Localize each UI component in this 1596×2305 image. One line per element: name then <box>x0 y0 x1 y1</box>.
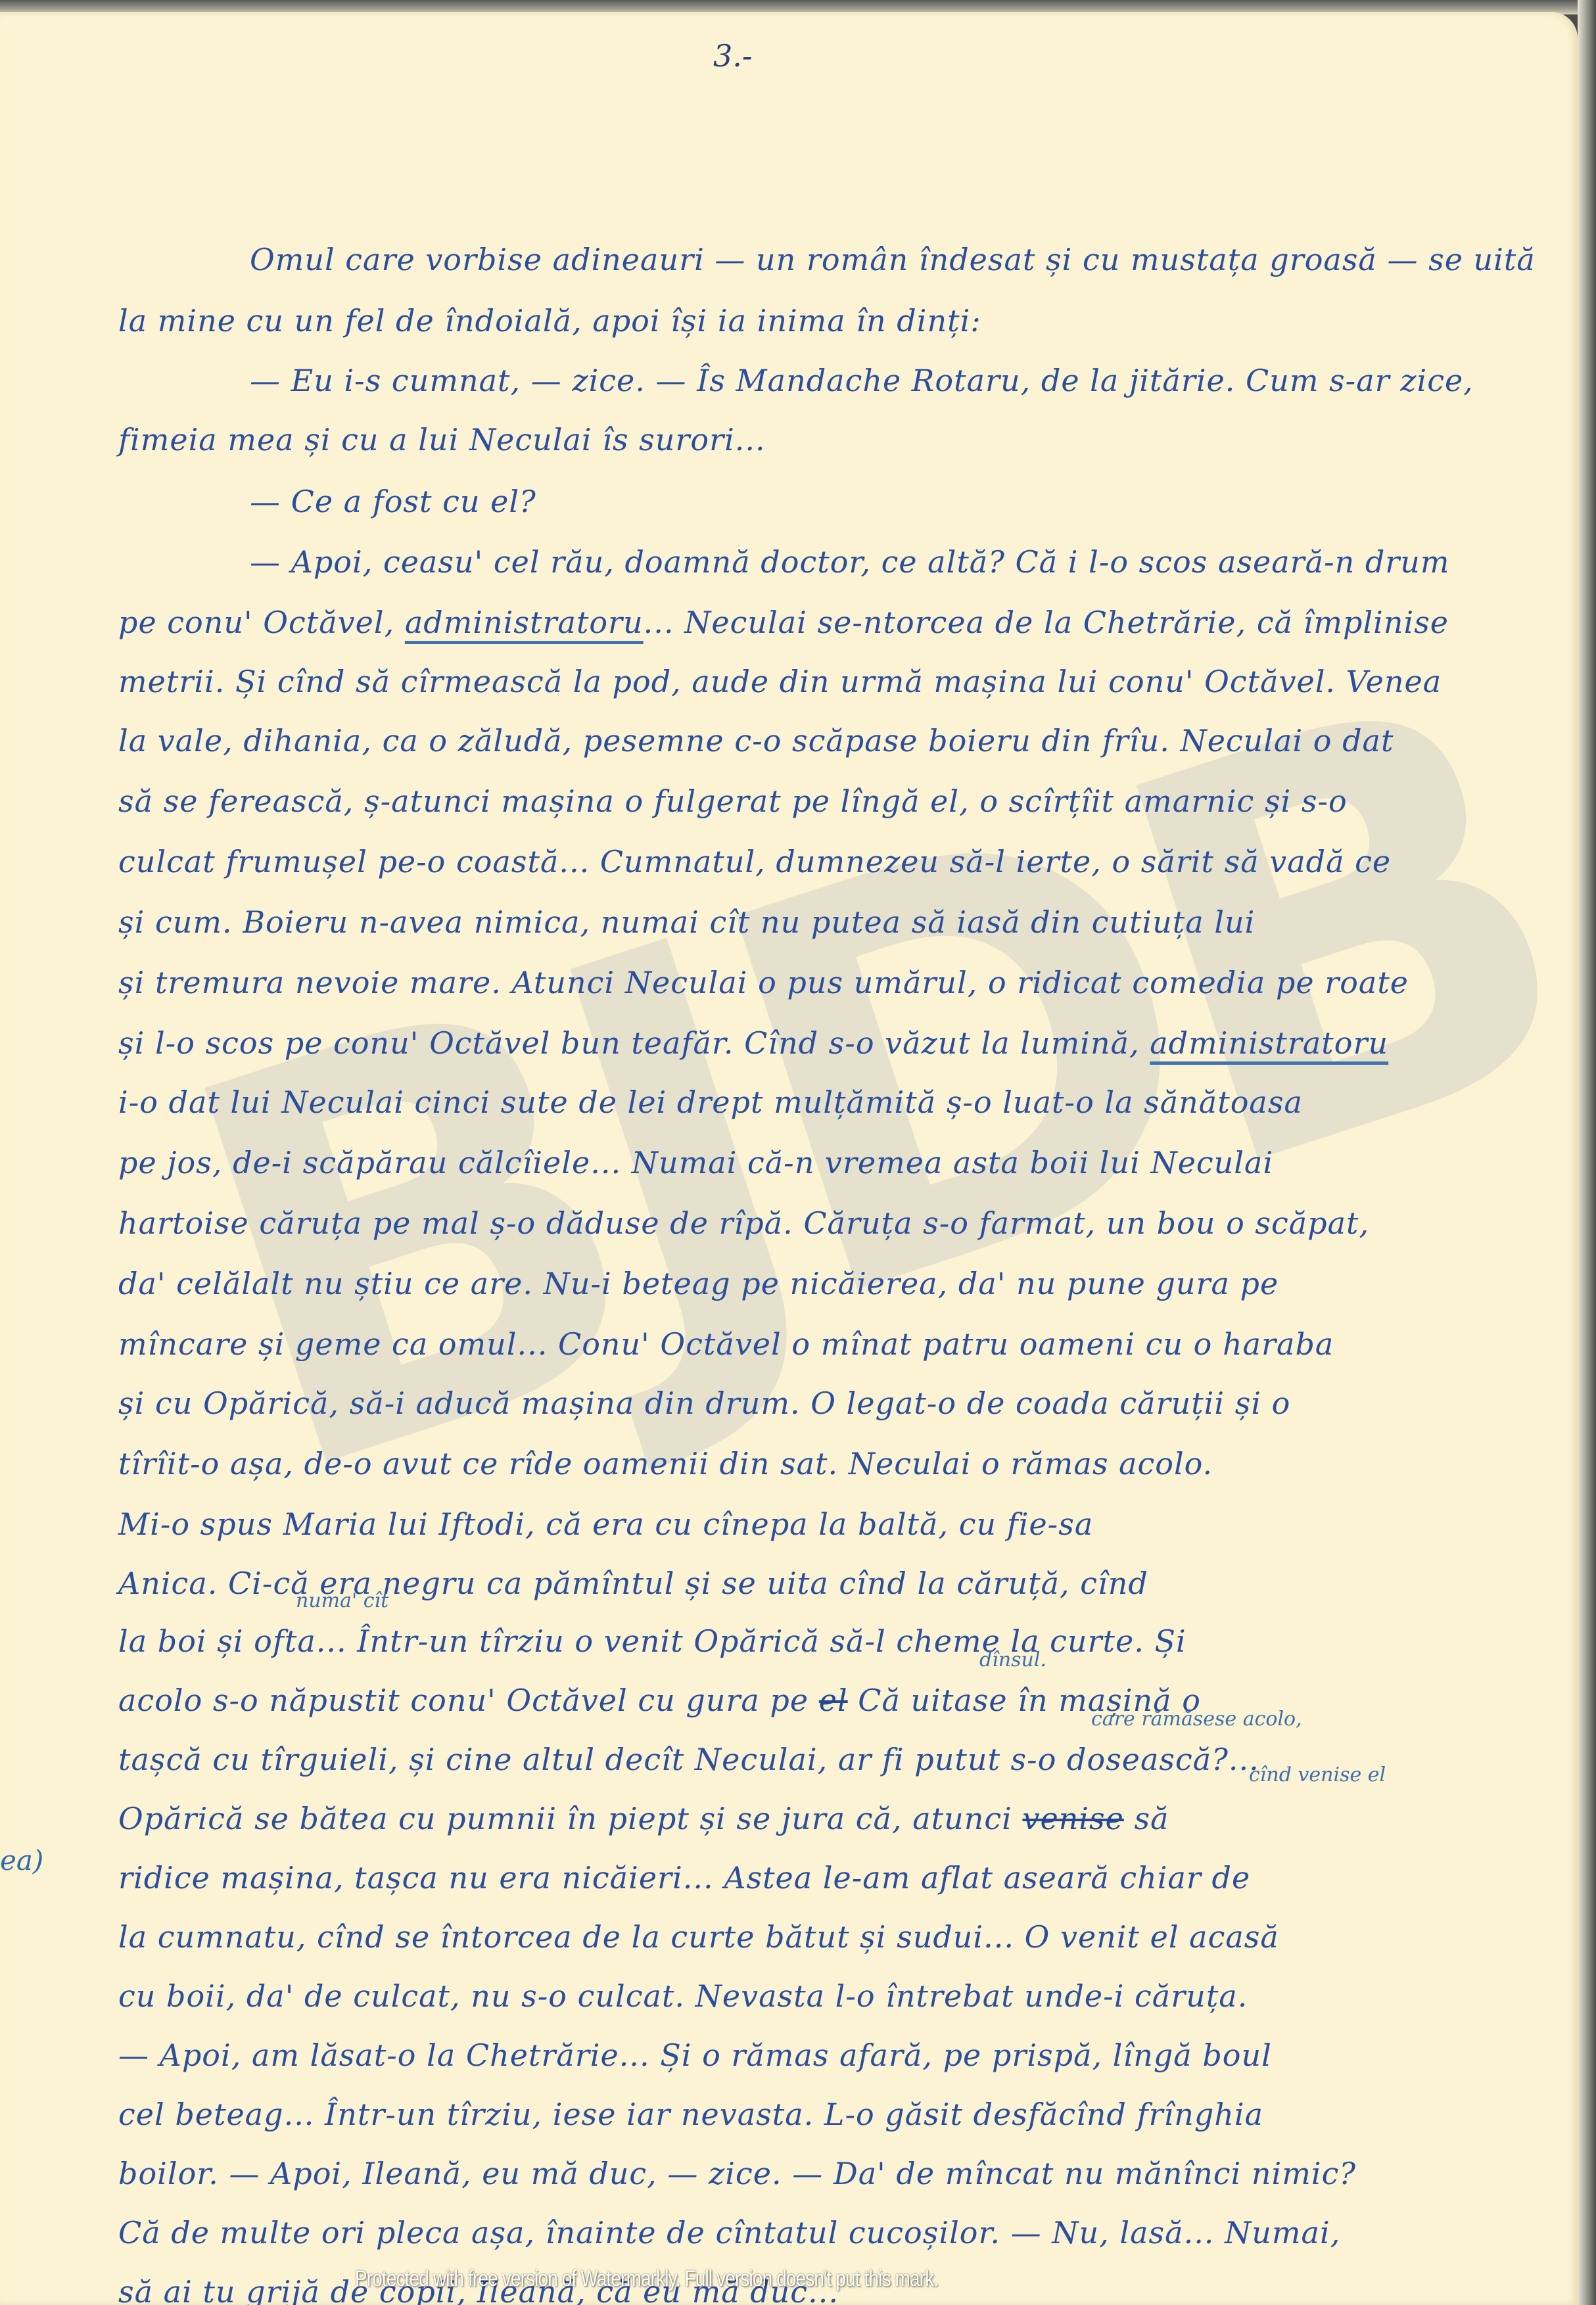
page-number: 3.- <box>713 38 752 74</box>
text-line: boilor. — Apoi, Ileană, eu mă duc, — zic… <box>118 2156 1356 2191</box>
text-segment: Opărică se bătea cu pumnii în piept și s… <box>118 1801 1022 1836</box>
underlined-word: administratoru <box>1150 1025 1388 1061</box>
text-line: Mi-o spus Maria lui Iftodi, că era cu cî… <box>118 1506 1093 1542</box>
text-line: mîncare și geme ca omul... Conu' Octăvel… <box>118 1326 1334 1362</box>
text-line: — Ce a fost cu el? <box>250 484 536 519</box>
text-segment: acolo s-o năpustit conu' Octăvel cu gura… <box>118 1683 819 1718</box>
text-line: și cu Opărică, să-i aducă mașina din dru… <box>118 1385 1290 1421</box>
insertion-note: numa' cît <box>296 1589 388 1612</box>
text-line: la vale, dihania, ca o zăludă, pesemne c… <box>118 723 1394 758</box>
text-line: culcat frumușel pe-o coastă... Cumnatul,… <box>118 844 1391 879</box>
insertion-note: care rămăsese acolo, <box>1091 1708 1302 1731</box>
text-segment: să <box>1124 1801 1169 1836</box>
text-line: hartoise căruța pe mal ș-o dăduse de rîp… <box>118 1205 1369 1241</box>
text-segment: ... Neculai se-ntorcea de la Chetrărie, … <box>644 605 1449 640</box>
text-line: Omul care vorbise adineauri — un român î… <box>250 242 1536 277</box>
text-line: i-o dat lui Neculai cinci sute de lei dr… <box>118 1084 1303 1120</box>
watermarkly-notice: Protected with free version of Watermark… <box>355 2266 938 2292</box>
insertion-note: dînsul. <box>979 1648 1046 1671</box>
text-line: Opărică se bătea cu pumnii în piept și s… <box>118 1801 1169 1836</box>
struck-word: venise <box>1022 1801 1123 1836</box>
text-line: da' celălalt nu știu ce are. Nu-i beteag… <box>118 1266 1279 1301</box>
underlined-word: administratoru <box>405 605 644 640</box>
text-line: și tremura nevoie mare. Atunci Neculai o… <box>118 965 1409 1000</box>
text-line: — Apoi, ceasu' cel rău, doamnă doctor, c… <box>250 544 1450 580</box>
text-line: acolo s-o năpustit conu' Octăvel cu gura… <box>118 1683 1201 1718</box>
scan-edge-right <box>1578 0 1596 2305</box>
text-segment: pe conu' Octăvel, <box>118 605 405 640</box>
text-segment: și l-o scos pe conu' Octăvel bun teafăr.… <box>118 1025 1150 1061</box>
text-line: tîrîit-o așa, de-o avut ce rîde oamenii … <box>118 1446 1213 1481</box>
text-line: — Eu i-s cumnat, — zice. — Îs Mandache R… <box>250 363 1474 398</box>
struck-word: el <box>819 1683 848 1718</box>
text-line: cu boii, da' de culcat, nu s-o culcat. N… <box>118 1978 1248 2014</box>
text-line: la mine cu un fel de îndoială, apoi își … <box>118 303 981 338</box>
text-line: — Apoi, am lăsat-o la Chetrărie... Și o … <box>118 2037 1272 2073</box>
text-line: cel beteag... Într-un tîrziu, iese iar n… <box>118 2097 1263 2132</box>
text-line: Anica. Ci-că era negru ca pămîntul și se… <box>118 1566 1148 1601</box>
text-line: Că de multe ori pleca așa, înainte de cî… <box>118 2215 1340 2250</box>
text-line: la cumnatu, cînd se întorcea de la curte… <box>118 1919 1279 1955</box>
insertion-note: cînd venise el <box>1249 1763 1386 1786</box>
manuscript-page: BJDB 3.- Omul care vorbise adineauri — u… <box>0 12 1578 2305</box>
text-line: metrii. Și cînd să cîrmească la pod, aud… <box>118 664 1442 699</box>
text-line: și l-o scos pe conu' Octăvel bun teafăr.… <box>118 1025 1388 1061</box>
text-line: să se ferească, ș-atunci mașina o fulger… <box>118 783 1348 819</box>
text-line: ridice mașina, tașca nu era nicăieri... … <box>118 1860 1250 1896</box>
text-line: tașcă cu tîrguieli, și cine altul decît … <box>118 1742 1259 1777</box>
text-line: fimeia mea și cu a lui Neculai îs surori… <box>118 422 766 457</box>
text-line: pe conu' Octăvel, administratoru... Necu… <box>118 605 1449 640</box>
text-line: și cum. Boieru n-avea nimica, numai cît … <box>118 904 1255 940</box>
margin-note: ea) <box>0 1844 43 1876</box>
text-line: pe jos, de-i scăpărau călcîiele... Numai… <box>118 1145 1273 1180</box>
